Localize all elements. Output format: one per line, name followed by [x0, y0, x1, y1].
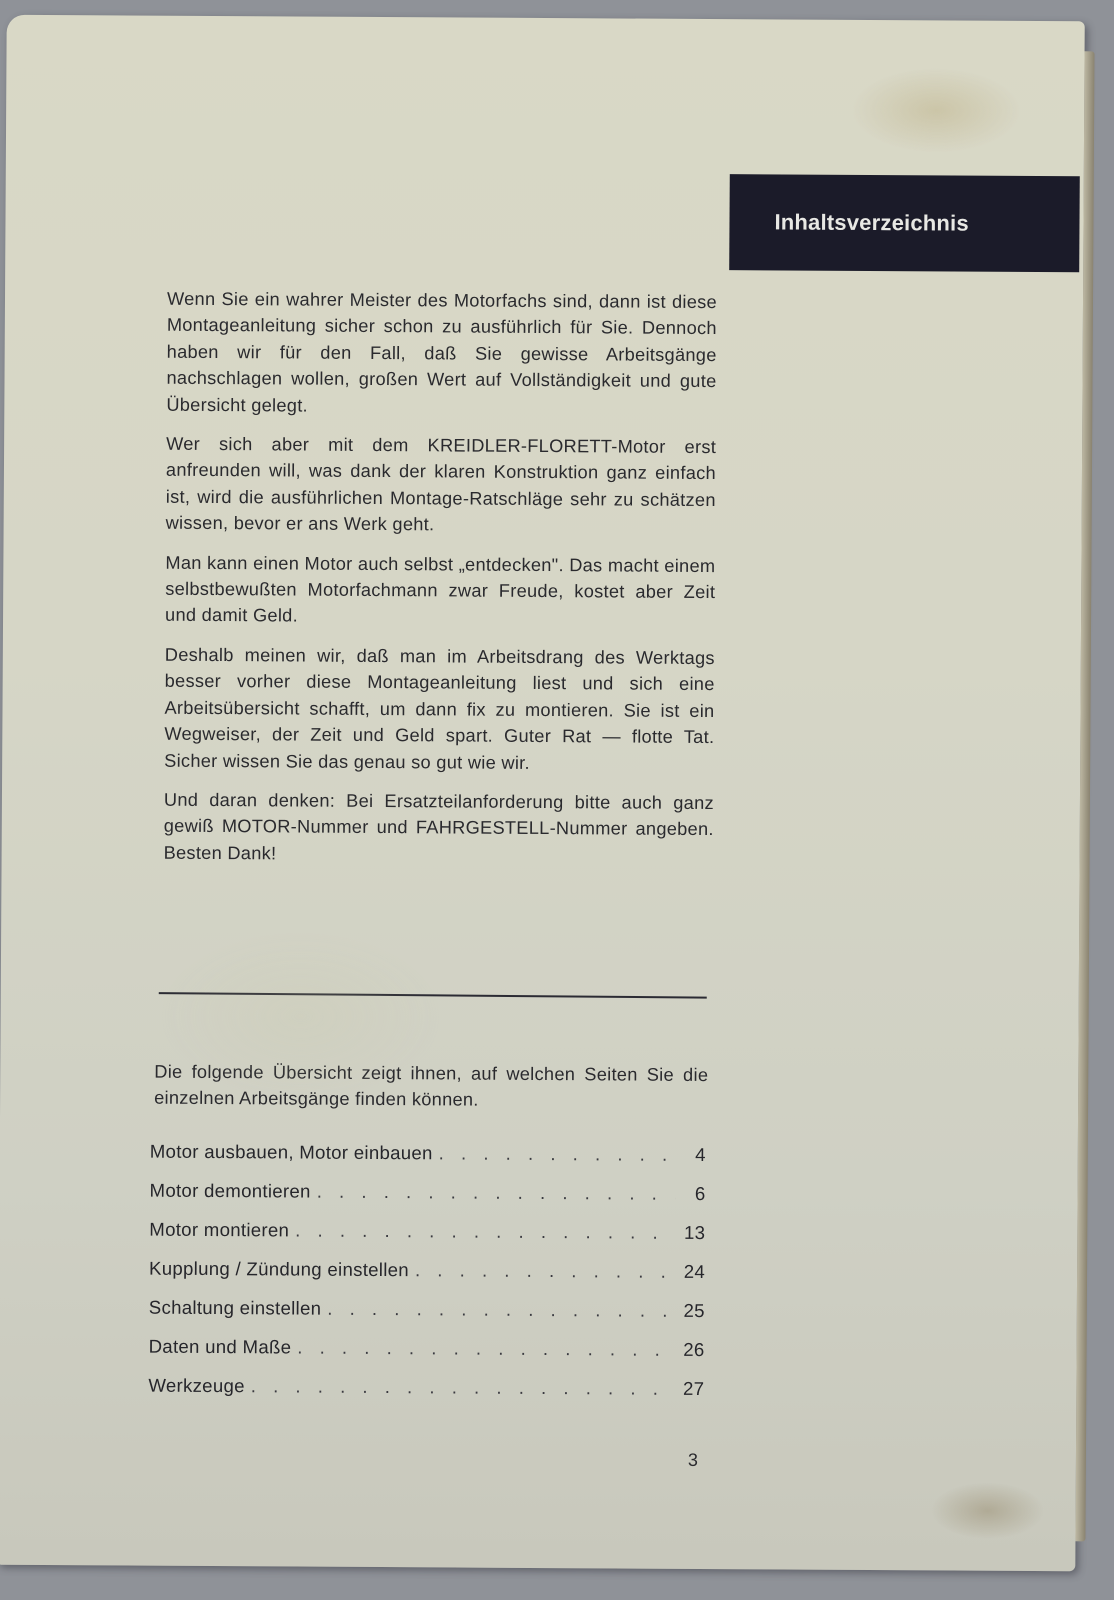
toc-entry[interactable]: Motor montieren 13 — [149, 1219, 705, 1261]
dot-leader — [415, 1259, 675, 1283]
toc-entry-page: 4 — [682, 1144, 706, 1166]
toc-entry[interactable]: Kupplung / Zündung einstellen 24 — [149, 1258, 705, 1300]
toc-entry-label: Motor montieren — [149, 1219, 289, 1242]
toc-entry[interactable]: Motor ausbauen, Motor einbauen 4 — [150, 1141, 706, 1183]
dot-leader — [317, 1181, 676, 1205]
toc-entry-label: Schaltung einstellen — [149, 1297, 322, 1320]
toc-entry[interactable]: Daten und Maße 26 — [148, 1336, 704, 1378]
dot-leader — [327, 1298, 675, 1322]
section-title-bar: Inhaltsverzeichnis — [729, 174, 1080, 272]
toc-entry-page: 6 — [681, 1183, 705, 1205]
page-number: 3 — [688, 1450, 698, 1471]
dot-leader — [295, 1220, 675, 1244]
toc-intro: Die folgende Übersicht zeigt ihnen, auf … — [154, 1059, 708, 1115]
toc-entry-label: Motor demontieren — [149, 1180, 310, 1203]
booklet-page: Inhaltsverzeichnis Wenn Sie ein wahrer M… — [0, 15, 1085, 1572]
toc-entry-page: 26 — [681, 1339, 705, 1361]
divider-rule — [159, 992, 707, 998]
page-title: Inhaltsverzeichnis — [774, 209, 968, 236]
paragraph: Man kann einen Motor auch selbst „entdec… — [165, 549, 715, 632]
paragraph: Und daran denken: Bei Ersatzteilanforder… — [164, 787, 714, 870]
paragraph: Wenn Sie ein wahrer Meister des Motorfac… — [166, 286, 717, 421]
paragraph: Deshalb meinen wir, daß man im Arbeitsdr… — [164, 642, 715, 777]
toc-entry-page: 24 — [681, 1261, 705, 1283]
toc-entry-label: Daten und Maße — [149, 1336, 292, 1359]
foreword-text: Wenn Sie ein wahrer Meister des Motorfac… — [163, 286, 717, 882]
dot-leader — [251, 1375, 675, 1400]
toc-entry[interactable]: Motor demontieren 6 — [149, 1180, 705, 1222]
table-of-contents: Motor ausbauen, Motor einbauen 4 Motor d… — [148, 1141, 706, 1417]
dot-leader — [297, 1337, 674, 1361]
toc-entry-label: Motor ausbauen, Motor einbauen — [150, 1141, 433, 1165]
toc-entry-page: 25 — [681, 1300, 705, 1322]
toc-entry[interactable]: Werkzeuge 27 — [148, 1375, 704, 1417]
toc-entry-page: 27 — [680, 1378, 704, 1400]
toc-entry-label: Kupplung / Zündung einstellen — [149, 1258, 409, 1282]
page-edge — [1075, 51, 1094, 1541]
paragraph: Wer sich aber mit dem KREIDLER-FLORETT-M… — [166, 431, 717, 540]
toc-entry-label: Werkzeuge — [148, 1375, 245, 1398]
toc-entry[interactable]: Schaltung einstellen 25 — [149, 1297, 705, 1339]
toc-entry-page: 13 — [681, 1222, 705, 1244]
dot-leader — [439, 1142, 676, 1165]
